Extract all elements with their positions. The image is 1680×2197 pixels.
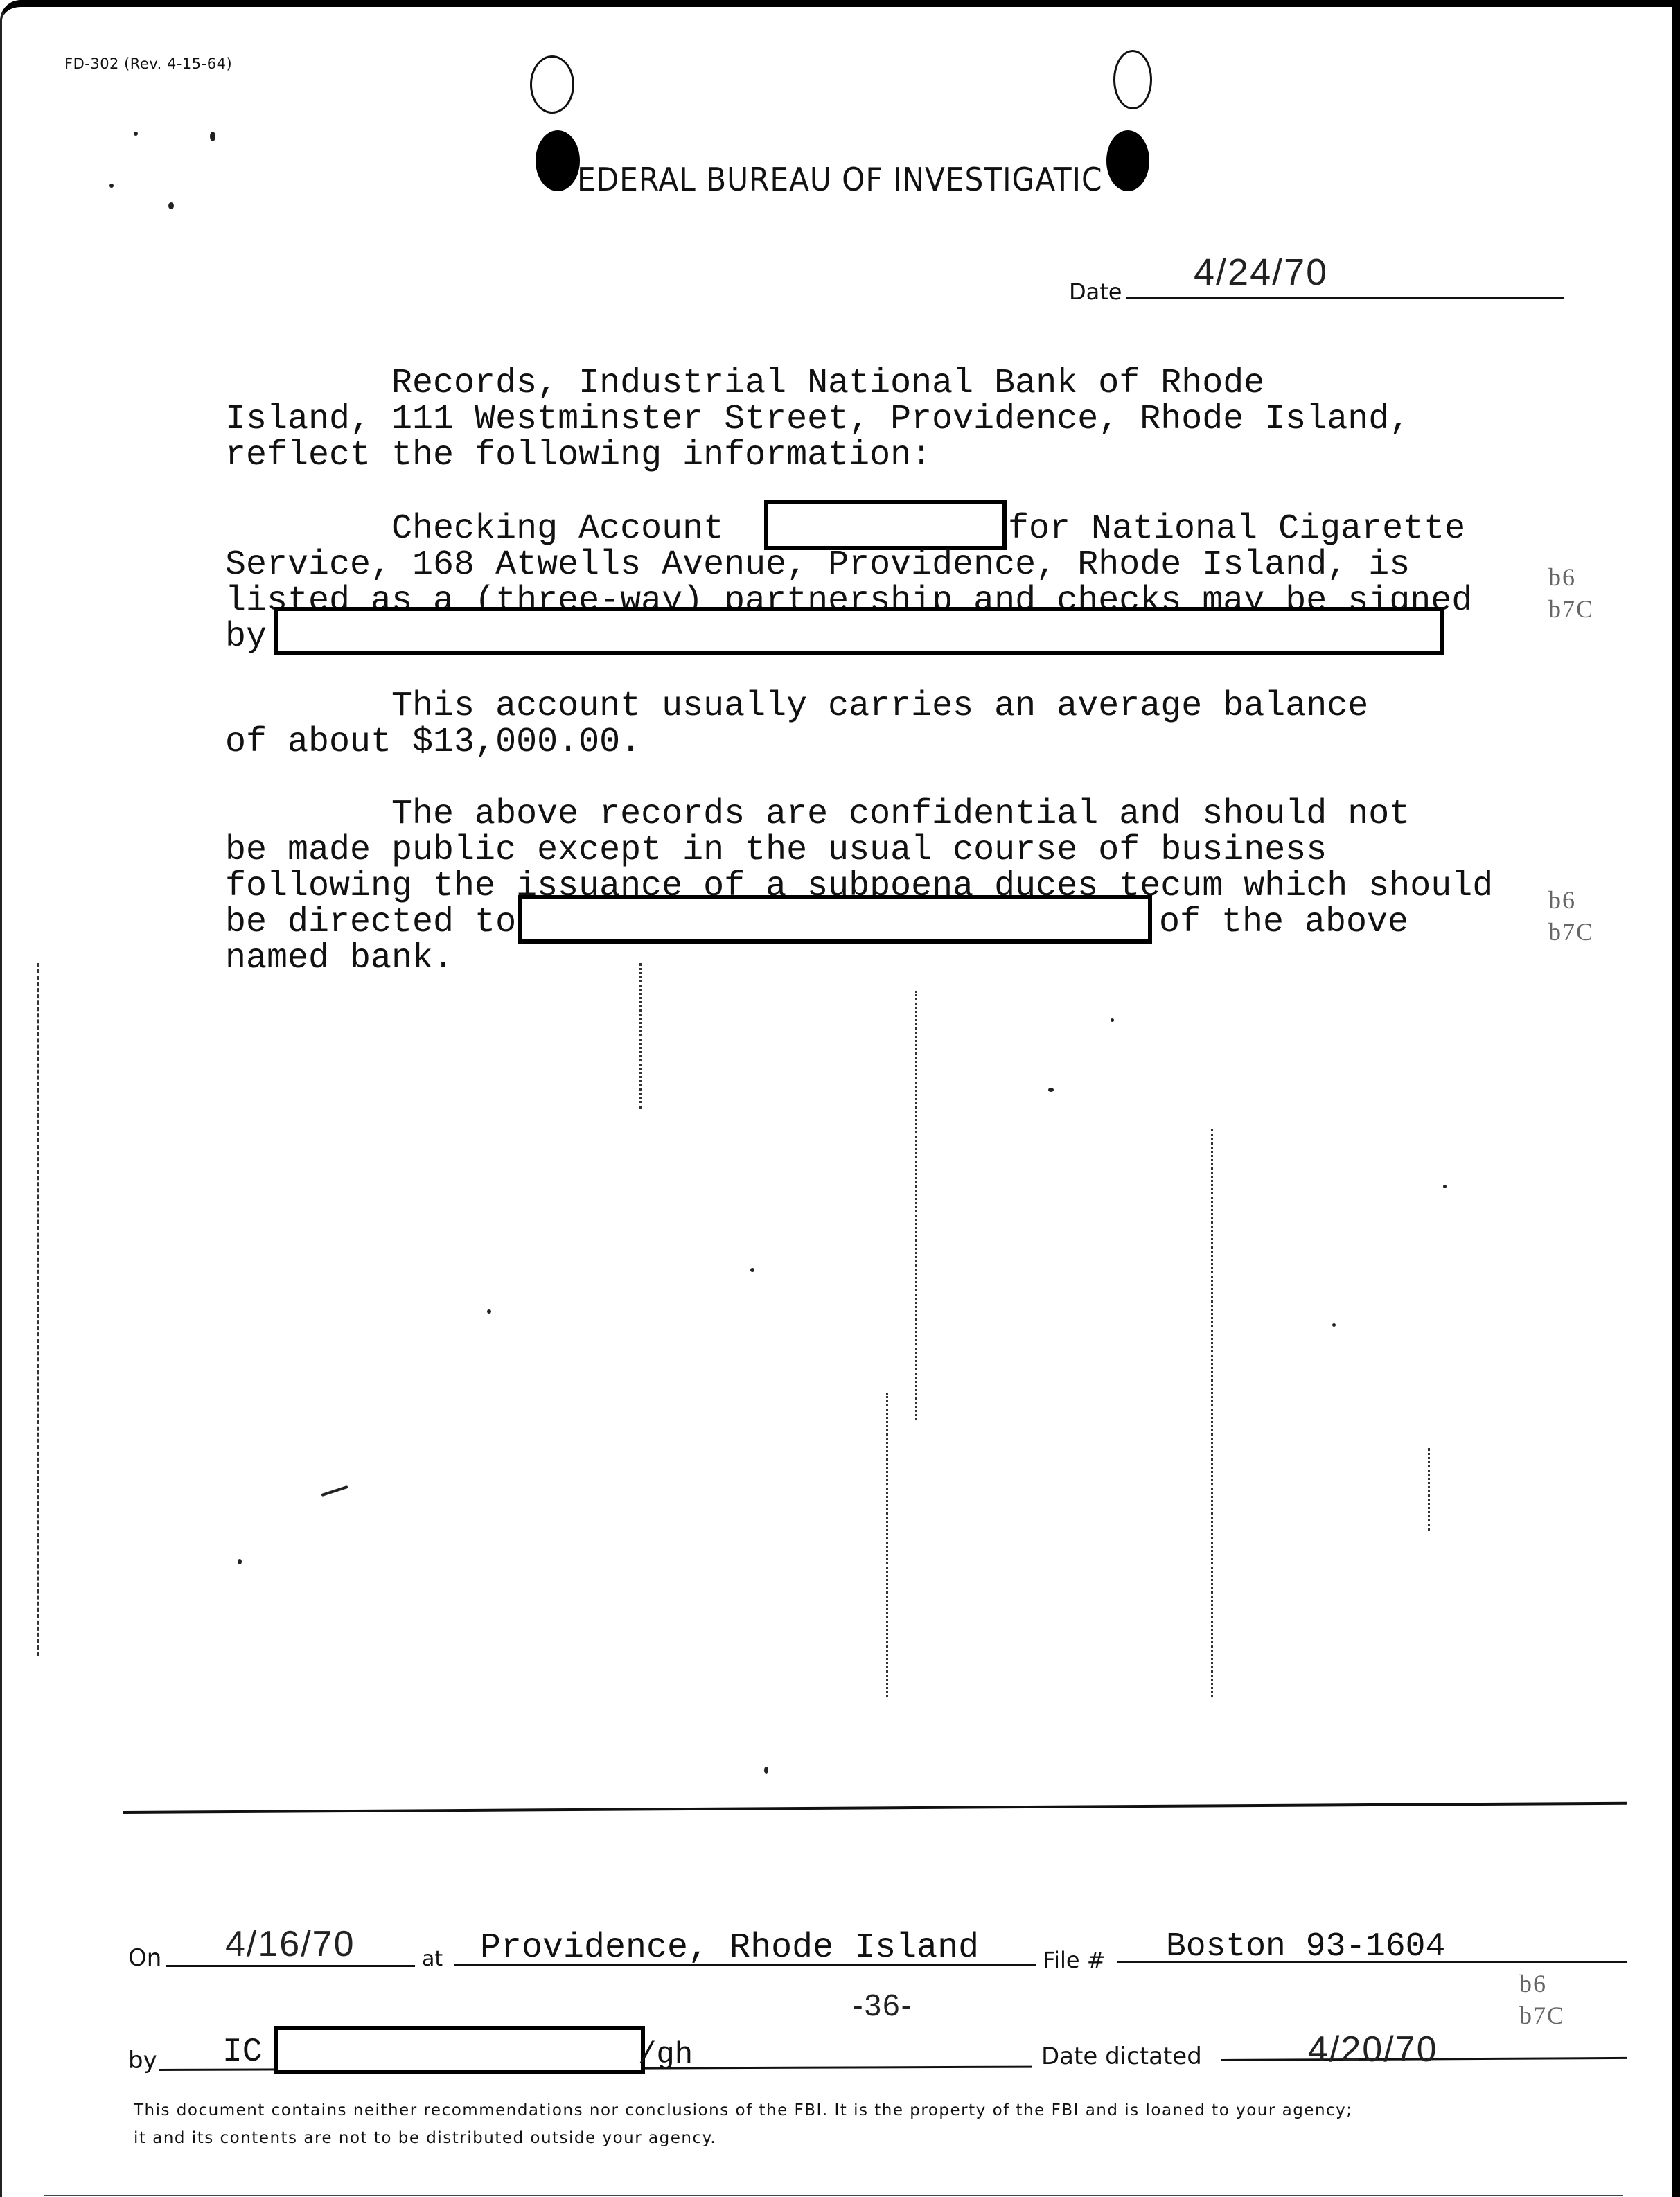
disclaimer-line-1: This document contains neither recommend… — [134, 2097, 1353, 2124]
paragraph-4-line-2: be made public except in the usual cours… — [225, 833, 1327, 869]
punch-hole-right-icon — [1113, 50, 1152, 109]
paragraph-3-line-1: This account usually carries an average … — [225, 689, 1368, 725]
paragraph-3-line-2: of about $13,000.00. — [225, 725, 641, 761]
by-agent-prefix: IC — [222, 2034, 263, 2070]
scan-artifact — [639, 963, 642, 1109]
file-number-label: File # — [1043, 1947, 1106, 1973]
scan-artifact — [1211, 1129, 1213, 1697]
date-dictated-value: 4/20/70 — [1308, 2029, 1438, 2070]
scan-artifact — [915, 991, 917, 1420]
on-label: On — [128, 1944, 161, 1972]
paragraph-1-line-3: reflect the following information: — [225, 438, 932, 474]
file-number-value: Boston 93-1604 — [1166, 1929, 1445, 1965]
date-underline — [1126, 297, 1564, 299]
agency-header: EDERAL BUREAU OF INVESTIGATIC — [577, 161, 1102, 198]
speck — [1332, 1323, 1336, 1327]
at-label: at — [422, 1947, 443, 1971]
paragraph-4-line-5: named bank. — [225, 941, 454, 977]
speck — [321, 1485, 348, 1497]
exemption-code-b7c: b7C — [1548, 593, 1594, 625]
footer-separator — [123, 1802, 1627, 1814]
exemption-code-b6: b6 — [1519, 1968, 1547, 2000]
paragraph-2-line-1a: Checking Account — [225, 511, 724, 547]
scan-artifact — [886, 1393, 888, 1697]
redaction-agent-name — [274, 2026, 645, 2074]
speck — [1111, 1018, 1114, 1022]
paragraph-1-line-1: Records, Industrial National Bank of Rho… — [225, 366, 1264, 402]
date-value: 4/24/70 — [1194, 251, 1328, 294]
paragraph-4-line-1: The above records are confidential and s… — [225, 797, 1410, 833]
punch-mark-left-icon — [536, 130, 580, 191]
at-location-value: Providence, Rhode Island — [480, 1930, 979, 1966]
on-date-value: 4/16/70 — [225, 1923, 355, 1965]
exemption-code-b6: b6 — [1548, 884, 1576, 916]
form-number: FD-302 (Rev. 4-15-64) — [64, 55, 232, 72]
by-typist-suffix: /gh — [638, 2037, 693, 2073]
punch-mark-right-icon — [1106, 130, 1149, 191]
speck — [764, 1767, 768, 1774]
page-number: -36- — [853, 1988, 912, 2023]
paragraph-2-line-2: Service, 168 Atwells Avenue, Providence,… — [225, 547, 1410, 583]
date-dictated-label: Date dictated — [1041, 2042, 1202, 2070]
paragraph-2-line-1b: for National Cigarette — [1008, 511, 1465, 547]
disclaimer-line-2: it and its contents are not to be distri… — [134, 2124, 716, 2152]
punch-hole-left-icon — [530, 55, 574, 114]
exemption-code-b7c: b7C — [1519, 2000, 1565, 2031]
speck — [134, 132, 138, 136]
redaction-directed-to — [518, 895, 1152, 944]
date-label: Date — [1069, 279, 1122, 305]
exemption-code-b7c: b7C — [1548, 916, 1594, 948]
scan-artifact — [1428, 1448, 1430, 1531]
paragraph-4-line-4a: be directed to — [225, 905, 516, 941]
speck — [238, 1559, 242, 1564]
speck — [1048, 1088, 1054, 1092]
speck — [109, 184, 114, 188]
on-underline — [166, 1965, 415, 1967]
speck — [210, 132, 215, 141]
speck — [487, 1309, 491, 1314]
redaction-account-number — [764, 500, 1007, 550]
redaction-signers — [274, 607, 1444, 655]
paragraph-4-line-4b: of the above — [1159, 905, 1408, 941]
paragraph-2-line-4: by — [225, 619, 267, 655]
by-label: by — [128, 2047, 157, 2074]
exemption-code-b6: b6 — [1548, 561, 1576, 593]
document-page: FD-302 (Rev. 4-15-64) EDERAL BUREAU OF I… — [0, 0, 1680, 2197]
speck — [1443, 1185, 1447, 1188]
speck — [168, 202, 174, 209]
paragraph-1-line-2: Island, 111 Westminster Street, Providen… — [225, 402, 1410, 438]
scan-artifact — [37, 963, 39, 1656]
page-bottom-edge — [44, 2195, 1623, 2196]
speck — [750, 1268, 754, 1272]
